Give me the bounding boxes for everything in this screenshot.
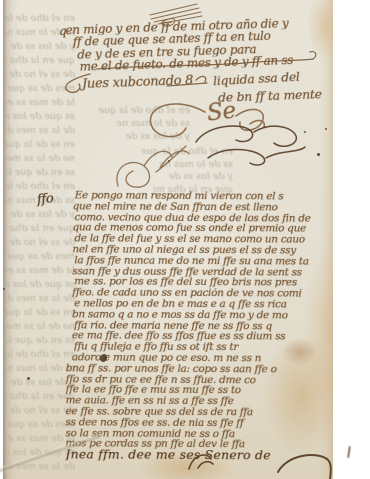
manuscript-photo: en el dho de la quess de lo mas ney de l… (0, 0, 370, 479)
signature-text: Se (206, 98, 237, 127)
signature-flourish-secondary (196, 126, 305, 165)
ink-dot (168, 160, 170, 162)
ink-dot (3, 288, 5, 290)
ink-dot (27, 377, 30, 380)
margin-note: ffo (36, 191, 54, 208)
header-text-block: en migo y en de ff de mi otro año die yf… (65, 16, 326, 73)
ink-dot (325, 128, 327, 130)
ink-dot (317, 153, 320, 156)
body-text-block: Ee pongo man respond mi vieron con el sq… (71, 190, 334, 461)
ink-dot (304, 131, 306, 133)
left-curl-flourish (117, 146, 189, 187)
body-line: Jnea ffm. dee me ses Senero de (65, 449, 333, 461)
